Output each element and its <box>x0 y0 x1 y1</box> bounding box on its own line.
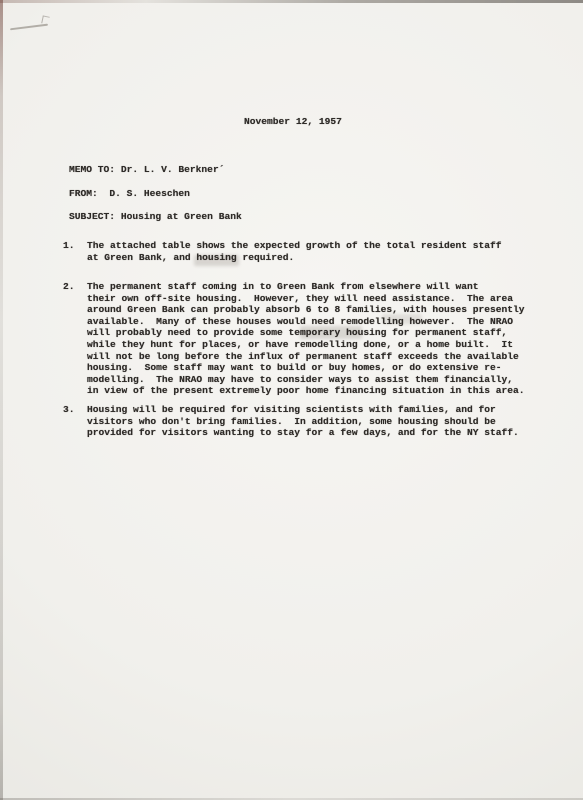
from-line: FROM: D. S. Heeschen <box>69 188 190 200</box>
from-label: FROM: <box>69 188 109 199</box>
memo-to-line: MEMO TO: Dr. L. V. Berkner´ <box>69 164 224 176</box>
paragraph-line: in view of the present extremely poor ho… <box>87 385 525 397</box>
paragraph-2: 2. The permanent staff coming in to Gree… <box>87 281 525 397</box>
paragraph-1: 1. The attached table shows the expected… <box>87 240 502 263</box>
memo-to-value: Dr. L. V. Berkner´ <box>121 164 225 175</box>
subject-line: SUBJECT: Housing at Green Bank <box>69 211 242 223</box>
scan-edge-left <box>0 0 3 800</box>
paragraph-line: housing. Some staff may want to build or… <box>87 362 525 374</box>
paragraph-number: 3. <box>63 404 75 416</box>
pencil-tick-mark <box>41 15 50 24</box>
subject-value: Housing at Green Bank <box>121 211 242 222</box>
paragraph-number: 2. <box>63 281 75 293</box>
memo-document-scan: November 12, 1957 MEMO TO: Dr. L. V. Ber… <box>0 0 583 800</box>
paragraph-line: will not be long before the influx of pe… <box>87 351 525 363</box>
paragraph-line: visitors who don't bring families. In ad… <box>87 416 519 428</box>
paragraph-line: at Green Bank, and housing required. <box>87 252 502 264</box>
paragraph-number: 1. <box>63 240 75 252</box>
from-value: D. S. Heeschen <box>109 188 190 199</box>
paragraph-line: Housing will be required for visiting sc… <box>87 404 519 416</box>
paragraph-line: provided for visitors wanting to stay fo… <box>87 427 519 439</box>
paragraph-line: modelling. The NRAO may have to consider… <box>87 374 525 386</box>
paragraph-line: will probably need to provide some tempo… <box>87 327 525 339</box>
subject-label: SUBJECT: <box>69 211 121 222</box>
paragraph-line: The attached table shows the expected gr… <box>87 240 502 252</box>
memo-date: November 12, 1957 <box>244 116 342 128</box>
paragraph-line: their own off-site housing. However, the… <box>87 293 525 305</box>
memo-to-label: MEMO TO: <box>69 164 121 175</box>
paragraph-line: around Green Bank can probably absorb 6 … <box>87 304 525 316</box>
pencil-mark <box>10 24 48 30</box>
paragraph-3: 3. Housing will be required for visiting… <box>87 404 519 439</box>
paragraph-line: The permanent staff coming in to Green B… <box>87 281 525 293</box>
paragraph-line: while they hunt for places, or have remo… <box>87 339 525 351</box>
paragraph-line: available. Many of these houses would ne… <box>87 316 525 328</box>
scan-edge-top <box>0 0 583 3</box>
